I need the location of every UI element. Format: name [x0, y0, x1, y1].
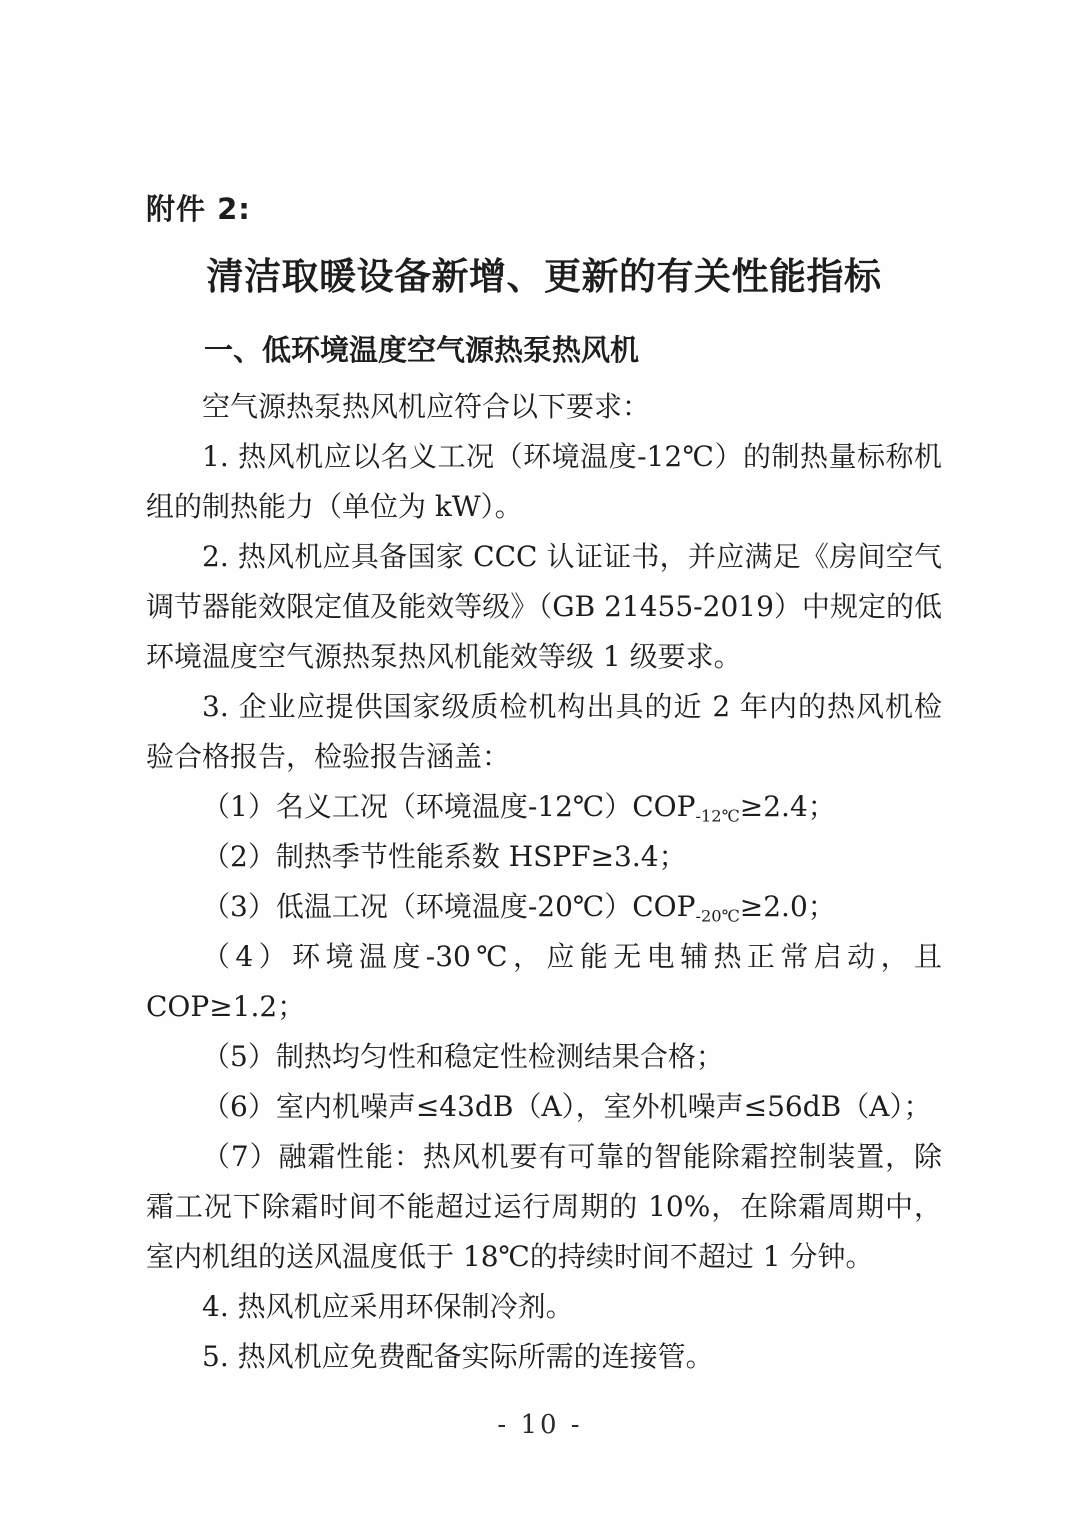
- list-item-4: （4）环境温度-30℃，应能无电辅热正常启动，且 COP≥1.2；: [146, 932, 942, 1032]
- intro-paragraph: 空气源热泵热风机应符合以下要求：: [146, 382, 942, 432]
- list-item-1: （1）名义工况（环境温度-12℃）COP-12℃≥2.4；: [146, 782, 942, 832]
- list-item-3-value: ≥2.0；: [740, 890, 836, 923]
- document-page: 附件 2: 清洁取暖设备新增、更新的有关性能指标 一、低环境温度空气源热泵热风机…: [0, 0, 1080, 1527]
- page-number: - 10 -: [0, 1410, 1080, 1440]
- section-heading: 一、低环境温度空气源热泵热风机: [146, 330, 942, 370]
- list-item-3: （3）低温工况（环境温度-20℃）COP-20℃≥2.0；: [146, 882, 942, 932]
- list-item-7: （7）融霜性能：热风机要有可靠的智能除霜控制装置，除霜工况下除霜时间不能超过运行…: [146, 1132, 942, 1282]
- list-item-1-text: （1）名义工况（环境温度-12℃）COP: [202, 790, 695, 823]
- list-item-3-text: （3）低温工况（环境温度-20℃）COP: [202, 890, 695, 923]
- attachment-label: 附件 2:: [146, 192, 942, 226]
- cop-subscript-minus20: -20℃: [695, 907, 739, 926]
- numbered-item-4: 4. 热风机应采用环保制冷剂。: [146, 1282, 942, 1332]
- numbered-item-2: 2. 热风机应具备国家 CCC 认证证书，并应满足《房间空气调节器能效限定值及能…: [146, 532, 942, 682]
- numbered-item-5: 5. 热风机应免费配备实际所需的连接管。: [146, 1332, 942, 1382]
- cop-subscript-minus12: -12℃: [695, 807, 739, 826]
- list-item-2: （2）制热季节性能系数 HSPF≥3.4；: [146, 832, 942, 882]
- document-title: 清洁取暖设备新增、更新的有关性能指标: [146, 250, 942, 302]
- document-body: 空气源热泵热风机应符合以下要求： 1. 热风机应以名义工况（环境温度-12℃）的…: [146, 382, 942, 1382]
- list-item-5: （5）制热均匀性和稳定性检测结果合格；: [146, 1032, 942, 1082]
- list-item-6: （6）室内机噪声≤43dB（A），室外机噪声≤56dB（A）；: [146, 1082, 942, 1132]
- numbered-item-3: 3. 企业应提供国家级质检机构出具的近 2 年内的热风机检验合格报告，检验报告涵…: [146, 682, 942, 782]
- list-item-1-value: ≥2.4；: [740, 790, 836, 823]
- document-content: 附件 2: 清洁取暖设备新增、更新的有关性能指标 一、低环境温度空气源热泵热风机…: [146, 192, 942, 1382]
- numbered-item-1: 1. 热风机应以名义工况（环境温度-12℃）的制热量标称机组的制热能力（单位为 …: [146, 432, 942, 532]
